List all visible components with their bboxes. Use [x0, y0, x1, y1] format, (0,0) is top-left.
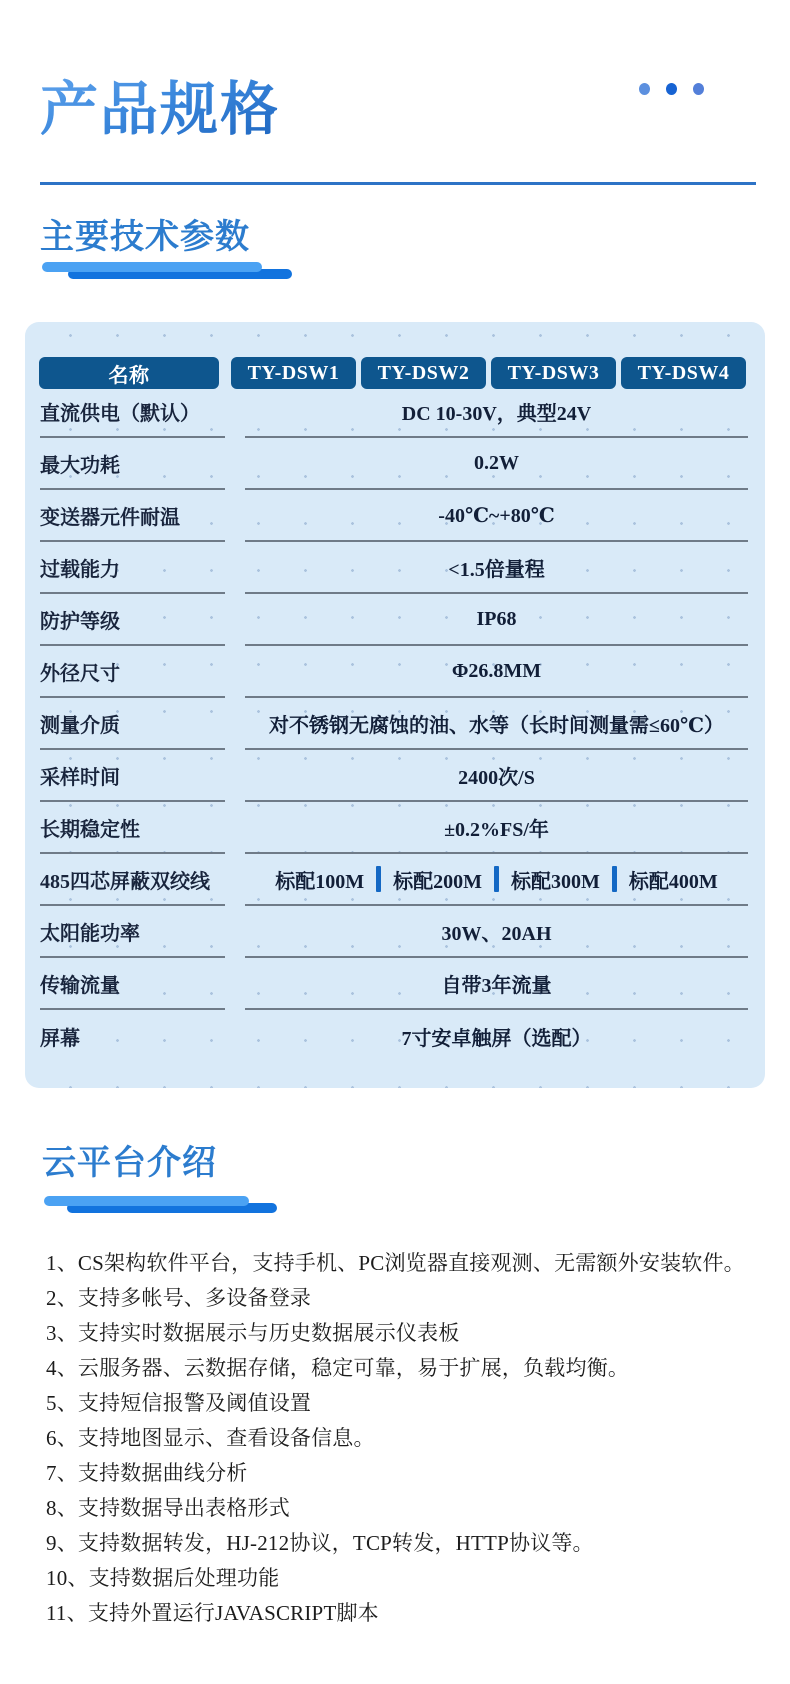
spec-table-row: 太阳能功率30W、20AH [40, 906, 748, 958]
spec-row-label: 最大功耗 [40, 438, 225, 490]
spec-table-row: 直流供电（默认）DC 10-30V，典型24V [40, 386, 748, 438]
spec-row-value: 标配100M标配200M标配300M标配400M [245, 854, 748, 906]
spec-value-segment: 标配100M [275, 865, 364, 894]
title-divider [40, 182, 756, 185]
spec-row-label: 采样时间 [40, 750, 225, 802]
spec-table-row: 485四芯屏蔽双绞线标配100M标配200M标配300M标配400M [40, 854, 748, 906]
dot-icon [693, 83, 704, 95]
spec-table-row: 测量介质对不锈钢无腐蚀的油、水等（长时间测量需≤60℃） [40, 698, 748, 750]
cloud-feature-item: 2、支持多帐号、多设备登录 [46, 1281, 762, 1316]
cloud-feature-list: 1、CS架构软件平台，支持手机、PC浏览器直接观测、无需额外安装软件。2、支持多… [46, 1246, 762, 1631]
cloud-feature-item: 3、支持实时数据展示与历史数据展示仪表板 [46, 1316, 762, 1351]
spec-table-row: 传输流量自带3年流量 [40, 958, 748, 1010]
column-header-model: TY-DSW4 [621, 357, 746, 389]
spec-row-label: 长期稳定性 [40, 802, 225, 854]
spec-row-label: 过载能力 [40, 542, 225, 594]
dot-icon [666, 83, 677, 95]
spec-row-label: 外径尺寸 [40, 646, 225, 698]
cloud-section-heading: 云平台介绍 [42, 1144, 217, 1183]
spec-table-row: 长期稳定性±0.2%FS/年 [40, 802, 748, 854]
cloud-feature-item: 10、支持数据后处理功能 [46, 1561, 762, 1596]
cloud-feature-item: 7、支持数据曲线分析 [46, 1456, 762, 1491]
spec-row-value: IP68 [245, 594, 748, 646]
spec-table-body: 直流供电（默认）DC 10-30V，典型24V最大功耗0.2W变送器元件耐温-4… [40, 386, 748, 1062]
tech-section-heading: 主要技术参数 [40, 218, 250, 257]
spec-table-row: 最大功耗0.2W [40, 438, 748, 490]
spec-row-value: <1.5倍量程 [245, 542, 748, 594]
spec-row-value: 自带3年流量 [245, 958, 748, 1010]
spec-row-value: 2400次/S [245, 750, 748, 802]
spec-table-row: 外径尺寸Φ26.8MM [40, 646, 748, 698]
spec-table-row: 变送器元件耐温-40℃~+80℃ [40, 490, 748, 542]
segment-divider-bar [612, 866, 617, 892]
spec-row-value: 30W、20AH [245, 906, 748, 958]
spec-table-row: 屏幕7寸安卓触屏（选配） [40, 1010, 748, 1062]
spec-table-row: 过载能力<1.5倍量程 [40, 542, 748, 594]
spec-row-label: 传输流量 [40, 958, 225, 1010]
cloud-feature-item: 6、支持地图显示、查看设备信息。 [46, 1421, 762, 1456]
spec-row-value: 0.2W [245, 438, 748, 490]
spec-table-row: 采样时间2400次/S [40, 750, 748, 802]
spec-row-label: 变送器元件耐温 [40, 490, 225, 542]
spec-row-value: ±0.2%FS/年 [245, 802, 748, 854]
spec-row-label: 防护等级 [40, 594, 225, 646]
spec-table-row: 防护等级IP68 [40, 594, 748, 646]
spec-row-label: 直流供电（默认） [40, 386, 225, 438]
spec-row-value: 对不锈钢无腐蚀的油、水等（长时间测量需≤60℃） [245, 698, 748, 750]
spec-table-header-row: 名称TY-DSW1TY-DSW2TY-DSW3TY-DSW4 [39, 357, 746, 389]
spec-row-label: 太阳能功率 [40, 906, 225, 958]
cloud-feature-item: 9、支持数据转发，HJ-212协议，TCP转发，HTTP协议等。 [46, 1526, 762, 1561]
heading-underline-light [42, 262, 262, 272]
spec-row-value: Φ26.8MM [245, 646, 748, 698]
spec-row-value: 7寸安卓触屏（选配） [245, 1010, 748, 1062]
column-header-model: TY-DSW2 [361, 357, 486, 389]
ellipsis-dots-icon [639, 83, 704, 95]
spec-value-segment: 标配300M [511, 865, 600, 894]
cloud-feature-item: 4、云服务器、云数据存储，稳定可靠，易于扩展，负载均衡。 [46, 1351, 762, 1386]
segment-divider-bar [494, 866, 499, 892]
cloud-feature-item: 1、CS架构软件平台，支持手机、PC浏览器直接观测、无需额外安装软件。 [46, 1246, 762, 1281]
column-header-model: TY-DSW1 [231, 357, 356, 389]
spec-row-value: DC 10-30V，典型24V [245, 386, 748, 438]
spec-table-card: 名称TY-DSW1TY-DSW2TY-DSW3TY-DSW4 直流供电（默认）D… [25, 322, 765, 1088]
column-header-model: TY-DSW3 [491, 357, 616, 389]
spec-row-label: 屏幕 [40, 1010, 225, 1062]
spec-row-value: -40℃~+80℃ [245, 490, 748, 542]
segment-divider-bar [376, 866, 381, 892]
spec-value-segment: 标配400M [629, 865, 718, 894]
spec-row-label: 测量介质 [40, 698, 225, 750]
cloud-feature-item: 5、支持短信报警及阈值设置 [46, 1386, 762, 1421]
heading-underline-light [44, 1196, 249, 1206]
dot-icon [639, 83, 650, 95]
cloud-feature-item: 11、支持外置运行JAVASCRIPT脚本 [46, 1596, 762, 1631]
column-header-name: 名称 [39, 357, 219, 389]
cloud-feature-item: 8、支持数据导出表格形式 [46, 1491, 762, 1526]
spec-value-segment: 标配200M [393, 865, 482, 894]
spec-row-label: 485四芯屏蔽双绞线 [40, 854, 225, 906]
page-title: 产品规格 [40, 78, 280, 142]
